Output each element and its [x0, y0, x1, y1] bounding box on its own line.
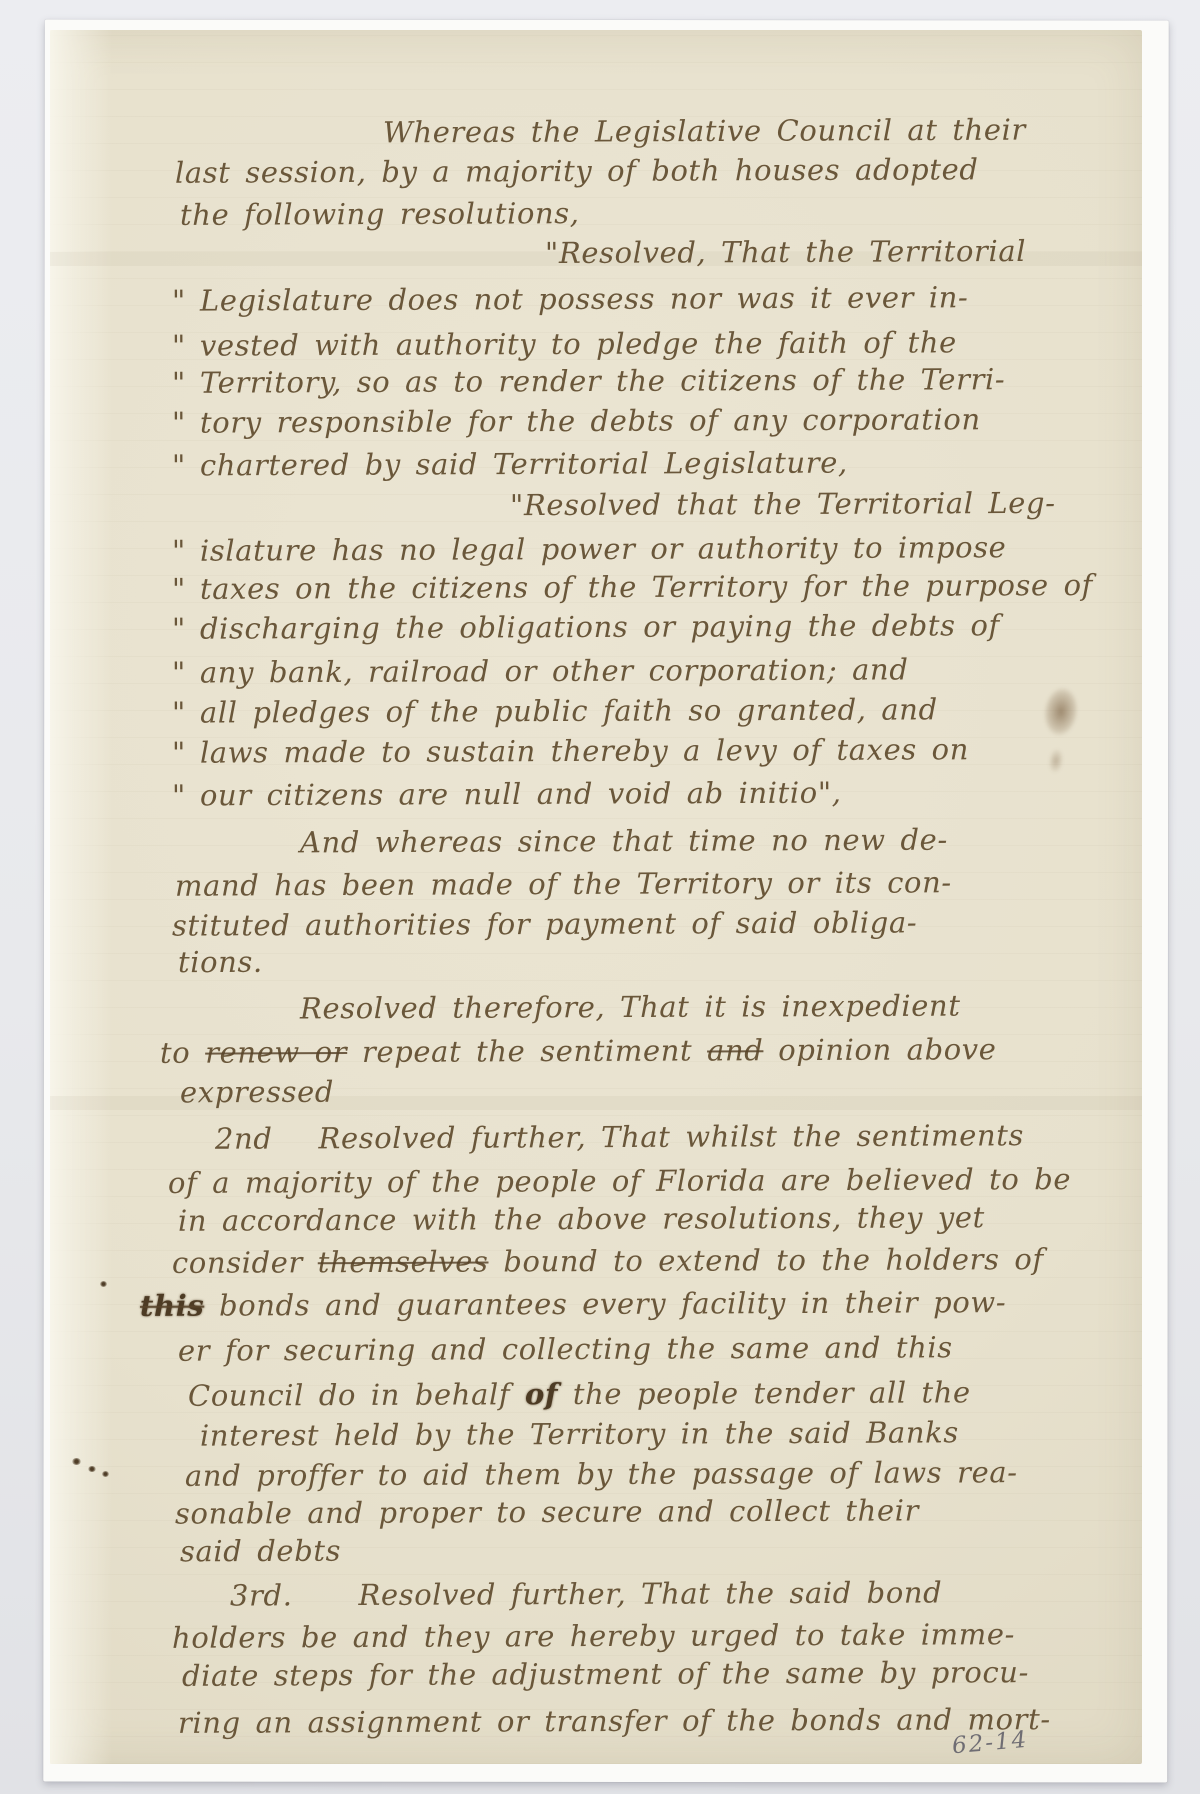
manuscript-line: the following resolutions, [180, 193, 580, 235]
manuscript-line: 3rd.Resolved further, That the said bond [230, 1572, 942, 1615]
manuscript-line-segment: discharging the obligations or paying th… [200, 608, 1000, 645]
hanging-quote-mark: " [172, 406, 186, 440]
manuscript-line: said debts [180, 1531, 341, 1572]
manuscript-line: "discharging the obligations or paying t… [172, 605, 1000, 649]
manuscript-line-segment: bonds and guarantees every facility in t… [204, 1285, 1006, 1322]
manuscript-line: "any bank, railroad or other corporation… [172, 649, 909, 692]
manuscript-line: ring an assignment or transfer of the bo… [178, 1699, 1051, 1743]
manuscript-line-segment: Resolved further, That the said bond [358, 1575, 942, 1612]
manuscript-line-segment: to [160, 1036, 205, 1070]
manuscript-line-segment: and proffer to aid them by the passage o… [185, 1455, 1018, 1493]
manuscript-line: "Resolved, That the Territorial [545, 231, 1026, 273]
manuscript-line-segment: holders be and they are hereby urged to … [172, 1617, 1015, 1655]
manuscript-line-segment: interest held by the Territory in the sa… [200, 1415, 959, 1452]
manuscript-text: Whereas the Legislative Council at their… [0, 0, 1200, 1794]
manuscript-line: Council do in behalf of the people tende… [188, 1372, 971, 1415]
manuscript-line: of a majority of the people of Florida a… [168, 1159, 1071, 1203]
manuscript-line-segment: ring an assignment or transfer of the bo… [178, 1702, 1051, 1740]
manuscript-line-segment: Legislature does not possess nor was it … [200, 280, 969, 317]
manuscript-line: this bonds and guarantees every facility… [140, 1282, 1006, 1326]
hanging-quote-mark: " [172, 448, 186, 482]
manuscript-line-segment: expressed [180, 1075, 334, 1110]
manuscript-line-segment: mand has been made of the Territory or i… [175, 865, 952, 902]
manuscript-line: "chartered by said Territorial Legislatu… [172, 443, 848, 486]
hanging-quote-mark: " [172, 366, 186, 400]
manuscript-line-segment: Resolved therefore, That it is inexpedie… [300, 989, 961, 1026]
manuscript-line: last session, by a majority of both hous… [175, 149, 979, 193]
manuscript-line: sonable and proper to secure and collect… [175, 1490, 919, 1533]
manuscript-line-segment: of [525, 1377, 558, 1411]
manuscript-line: "Territory, so as to render the citizens… [172, 359, 1005, 403]
manuscript-line: in accordance with the above resolutions… [178, 1197, 985, 1241]
manuscript-line-segment: repeat the sentiment [347, 1033, 707, 1069]
manuscript-line: "taxes on the citizens of the Territory … [172, 565, 1093, 609]
manuscript-line-segment: Resolved further, That whilst the sentim… [318, 1118, 1024, 1155]
manuscript-line-segment: said debts [180, 1534, 341, 1569]
manuscript-line: mand has been made of the Territory or i… [175, 862, 952, 905]
hanging-quote-mark: " [172, 612, 186, 646]
manuscript-line: "all pledges of the public faith so gran… [172, 689, 938, 732]
manuscript-line-segment: chartered by said Territorial Legislatur… [200, 446, 848, 483]
manuscript-line-segment: any bank, railroad or other corporation;… [200, 652, 909, 689]
manuscript-line-segment: the people tender all the [558, 1375, 971, 1411]
manuscript-line: Whereas the Legislative Council at their [383, 110, 1026, 153]
manuscript-line-segment: tory responsible for the debts of any co… [200, 402, 981, 439]
manuscript-line-segment: and [707, 1033, 763, 1067]
manuscript-line-segment: sonable and proper to secure and collect… [175, 1493, 919, 1530]
manuscript-line: and proffer to aid them by the passage o… [185, 1452, 1018, 1496]
manuscript-line-segment: Territory, so as to render the citizens … [200, 362, 1005, 400]
manuscript-line-segment: diate steps for the adjustment of the sa… [182, 1655, 1029, 1693]
manuscript-line-segment: stituted authorities for payment of said… [172, 905, 917, 942]
manuscript-line-segment: 3rd. [230, 1578, 293, 1612]
manuscript-line-segment: er for securing and collecting the same … [178, 1330, 953, 1367]
manuscript-line: "islature has no legal power or authorit… [172, 527, 1007, 571]
manuscript-line: tions. [178, 942, 263, 982]
manuscript-line-segment: "Resolved, That the Territorial [545, 234, 1026, 270]
manuscript-line-segment: 2nd [215, 1122, 273, 1156]
photograph-background: Whereas the Legislative Council at their… [0, 0, 1200, 1794]
manuscript-line-segment: in accordance with the above resolutions… [178, 1200, 985, 1238]
hanging-quote-mark: " [172, 572, 186, 606]
hanging-quote-mark: " [172, 284, 186, 318]
manuscript-line-segment: last session, by a majority of both hous… [175, 152, 979, 190]
manuscript-line: "tory responsible for the debts of any c… [172, 399, 981, 443]
manuscript-line: holders be and they are hereby urged to … [172, 1614, 1015, 1658]
manuscript-line-segment: And whereas since that time no new de- [300, 823, 948, 860]
hanging-quote-mark: " [172, 534, 186, 568]
manuscript-line-segment: this [140, 1289, 204, 1323]
hanging-quote-mark: " [172, 329, 186, 363]
manuscript-line: "Legislature does not possess nor was it… [172, 277, 969, 320]
hanging-quote-mark: " [172, 736, 186, 770]
manuscript-line: Resolved therefore, That it is inexpedie… [300, 986, 961, 1029]
manuscript-line-segment: vested with authority to pledge the fait… [200, 325, 957, 362]
manuscript-line: expressed [180, 1072, 334, 1113]
hanging-quote-mark: " [172, 696, 186, 730]
manuscript-line-segment: islature has no legal power or authority… [200, 530, 1007, 568]
manuscript-line: "laws made to sustain thereby a levy of … [172, 729, 969, 772]
manuscript-line-segment: consider [172, 1245, 318, 1280]
hanging-quote-mark: " [172, 778, 186, 812]
manuscript-line: 2ndResolved further, That whilst the sen… [215, 1115, 1024, 1159]
manuscript-line-segment: all pledges of the public faith so grant… [200, 692, 938, 729]
manuscript-line-segment: bound to extend to the holders of [488, 1242, 1043, 1278]
manuscript-line-segment: "Resolved that the Territorial Leg- [510, 486, 1056, 522]
manuscript-line: diate steps for the adjustment of the sa… [182, 1652, 1029, 1696]
ink-blot [72, 1458, 81, 1465]
manuscript-line: "Resolved that the Territorial Leg- [510, 483, 1056, 525]
manuscript-line: interest held by the Territory in the sa… [200, 1412, 959, 1455]
manuscript-line: er for securing and collecting the same … [178, 1327, 953, 1370]
manuscript-line-segment: the following resolutions, [180, 196, 580, 232]
manuscript-line-segment: our citizens are null and void ab initio… [200, 776, 842, 813]
manuscript-line-segment: laws made to sustain thereby a levy of t… [200, 732, 969, 769]
manuscript-line-segment: Whereas the Legislative Council at their [383, 113, 1026, 150]
ink-blot [102, 1471, 109, 1477]
manuscript-line-segment: Council do in behalf [188, 1377, 525, 1412]
manuscript-line-segment: of a majority of the people of Florida a… [168, 1162, 1071, 1200]
ink-blot [88, 1466, 96, 1472]
manuscript-line: And whereas since that time no new de- [300, 820, 948, 863]
manuscript-line-segment: tions. [178, 945, 263, 979]
manuscript-line-segment: themselves [318, 1245, 489, 1280]
manuscript-line-segment: renew or [205, 1035, 347, 1070]
manuscript-line: to renew or repeat the sentiment and opi… [160, 1029, 997, 1073]
manuscript-line-segment: opinion above [763, 1032, 996, 1067]
manuscript-line: consider themselves bound to extend to t… [172, 1239, 1044, 1283]
ink-blot [100, 1281, 107, 1287]
manuscript-line-segment: taxes on the citizens of the Territory f… [200, 568, 1093, 606]
manuscript-line: "our citizens are null and void ab initi… [172, 773, 842, 816]
hanging-quote-mark: " [172, 656, 186, 690]
manuscript-line: stituted authorities for payment of said… [172, 902, 917, 945]
